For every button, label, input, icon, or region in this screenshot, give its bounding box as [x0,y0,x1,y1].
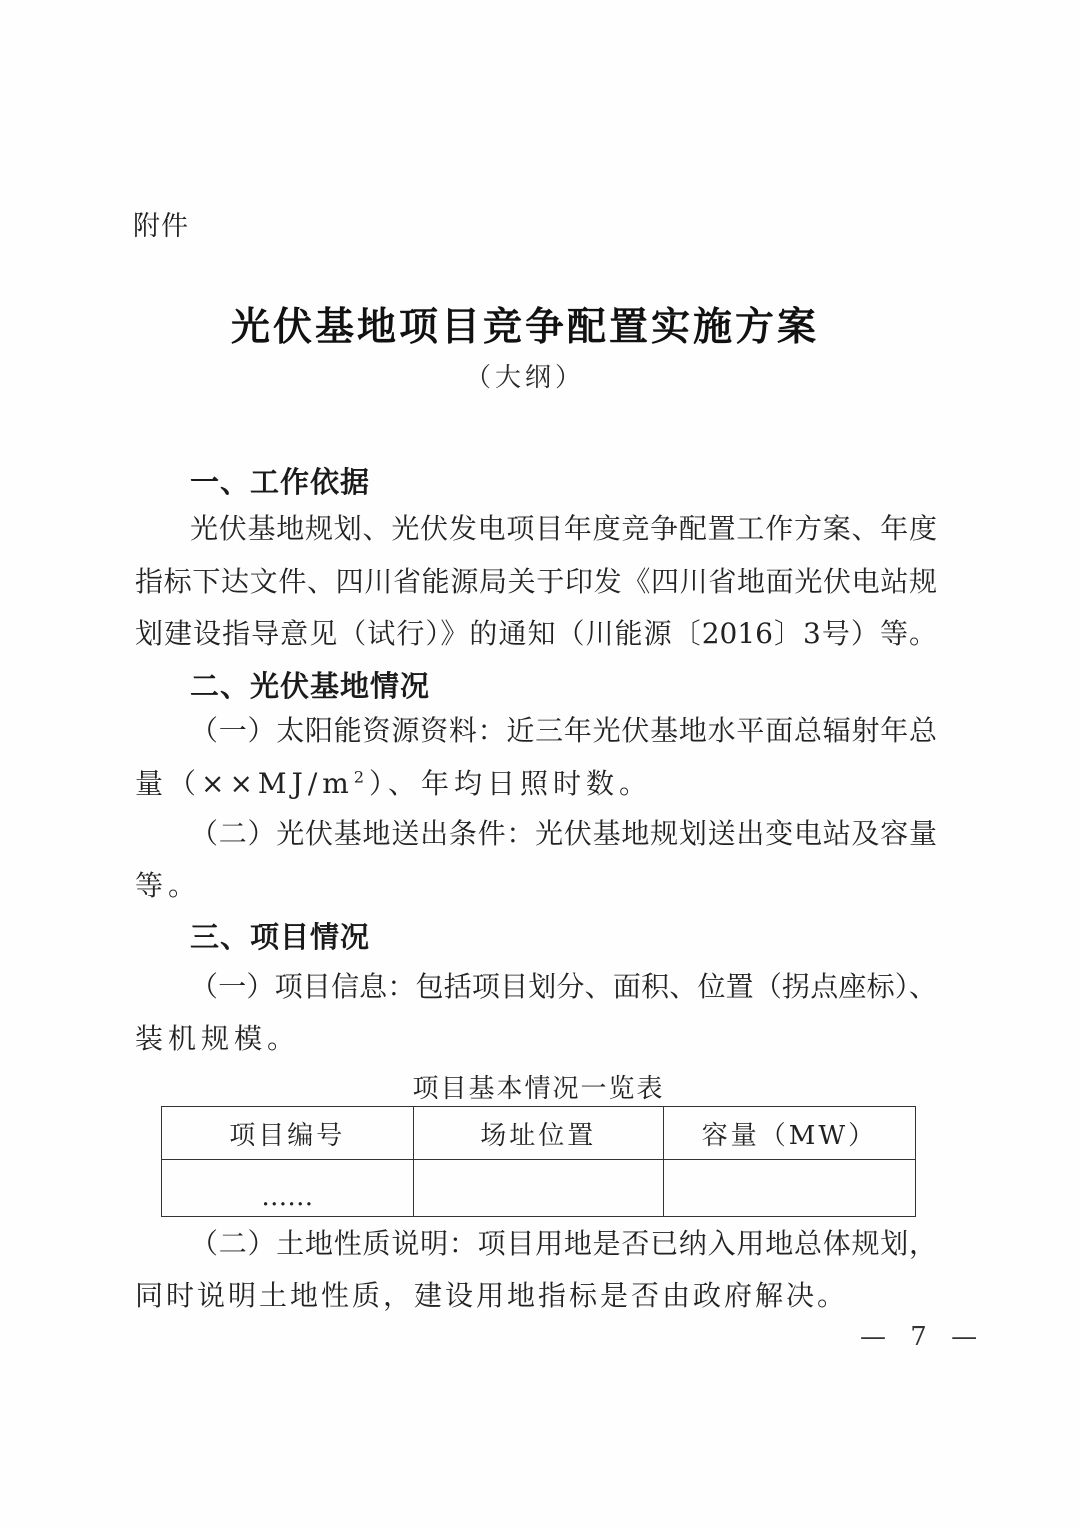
paragraph-line: 等。 [135,864,937,904]
text-fragment: ）、年均日照时数。 [369,767,652,800]
paragraph-line: 量（××MJ/m2）、年均日照时数。 [135,762,937,802]
table-caption: 项目基本情况一览表 [0,1068,1077,1105]
column-header-project-id: 项目编号 [162,1107,414,1160]
paragraph-line: 同时说明土地性质，建设用地指标是否由政府解决。 [135,1274,937,1314]
superscript: 2 [354,768,369,787]
document-page: 附件 光伏基地项目竞争配置实施方案 （大纲） 一、工作依据 光伏基地规划、光伏发… [0,0,1080,1528]
paragraph-line: 划建设指导意见（试行）》的通知（川能源〔2016〕3号）等。 [135,612,937,652]
table-header-row: 项目编号 场址位置 容量（MW） [162,1107,916,1160]
paragraph-line: 指标下达文件、四川省能源局关于印发《四川省地面光伏电站规 [135,560,937,600]
table-cell [663,1160,915,1217]
paragraph-line: 装机规模。 [135,1017,937,1057]
paragraph-line: （一）太阳能资源资料：近三年光伏基地水平面总辐射年总 [190,709,937,749]
column-header-capacity: 容量（MW） [663,1107,915,1160]
paragraph-line: 光伏基地规划、光伏发电项目年度竞争配置工作方案、年度 [190,507,937,547]
paragraph-line: （二）土地性质说明：项目用地是否已纳入用地总体规划， [190,1222,937,1262]
document-subtitle: （大纲） [0,357,1050,394]
table-cell [413,1160,663,1217]
section-2-heading: 二、光伏基地情况 [190,664,430,705]
project-overview-table: 项目编号 场址位置 容量（MW） …… [161,1106,916,1217]
section-1-heading: 一、工作依据 [190,460,370,501]
table-row: …… [162,1160,916,1217]
column-header-site-location: 场址位置 [413,1107,663,1160]
attachment-label: 附件 [133,204,189,243]
section-3-heading: 三、项目情况 [190,915,370,956]
document-title: 光伏基地项目竞争配置实施方案 [0,296,1050,352]
paragraph-line: （二）光伏基地送出条件：光伏基地规划送出变电站及容量 [190,812,937,852]
table-cell: …… [162,1160,414,1217]
text-fragment: 量（××MJ/m [135,767,354,800]
paragraph-line: （一）项目信息：包括项目划分、面积、位置（拐点座标）、 [190,965,937,1005]
page-number: — 7 — [860,1322,985,1352]
